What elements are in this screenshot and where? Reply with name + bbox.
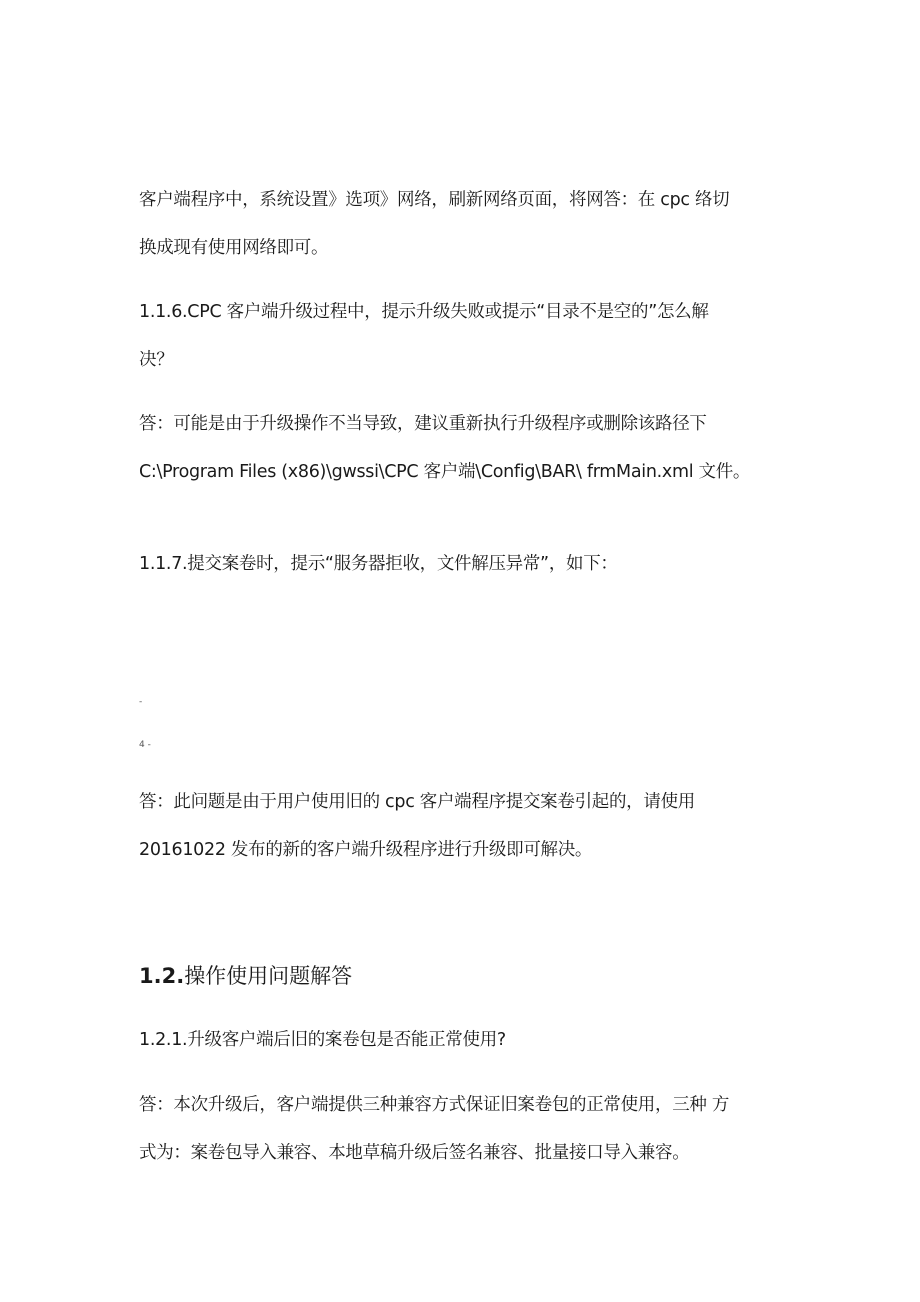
section-heading: 1.2.操作使用问题解答 [139,962,352,990]
answer-116-line1: 答：可能是由于升级操作不当导致，建议重新执行升级程序或删除该路径下 [139,412,707,436]
paragraph-network-line2: 换成现有使用网络即可。 [139,236,328,260]
answer-121-line1: 答：本次升级后，客户端提供三种兼容方式保证旧案卷包的正常使用，三种 方 [139,1093,729,1117]
question-116-line2: 决？ [139,348,173,372]
section-number: 1.2. [139,964,184,988]
question-117: 1.1.7.提交案卷时，提示“服务器拒收，文件解压异常”，如下： [139,552,618,576]
question-121: 1.2.1.升级客户端后旧的案卷包是否能正常使用? [139,1028,506,1052]
answer-116-line2: C:\Program Files (x86)\gwssi\CPC 客户端\Con… [139,460,750,484]
section-title: 操作使用问题解答 [184,964,352,988]
paragraph-network-line1: 客户端程序中，系统设置》选项》网络，刷新网络页面，将网答：在 cpc 络切 [139,188,729,212]
answer-117-line2: 20161022 发布的新的客户端升级程序进行升级即可解决。 [139,838,592,862]
page-marker-dash: - [139,697,142,707]
answer-121-line2: 式为：案卷包导入兼容、本地草稿升级后签名兼容、批量接口导入兼容。 [139,1141,689,1165]
page-number: 4 - [139,740,151,750]
answer-117-line1: 答：此问题是由于用户使用旧的 cpc 客户端程序提交案卷引起的，请使用 [139,790,695,814]
question-116-line1: 1.1.6.CPC 客户端升级过程中，提示升级失败或提示“目录不是空的”怎么解 [139,300,709,324]
